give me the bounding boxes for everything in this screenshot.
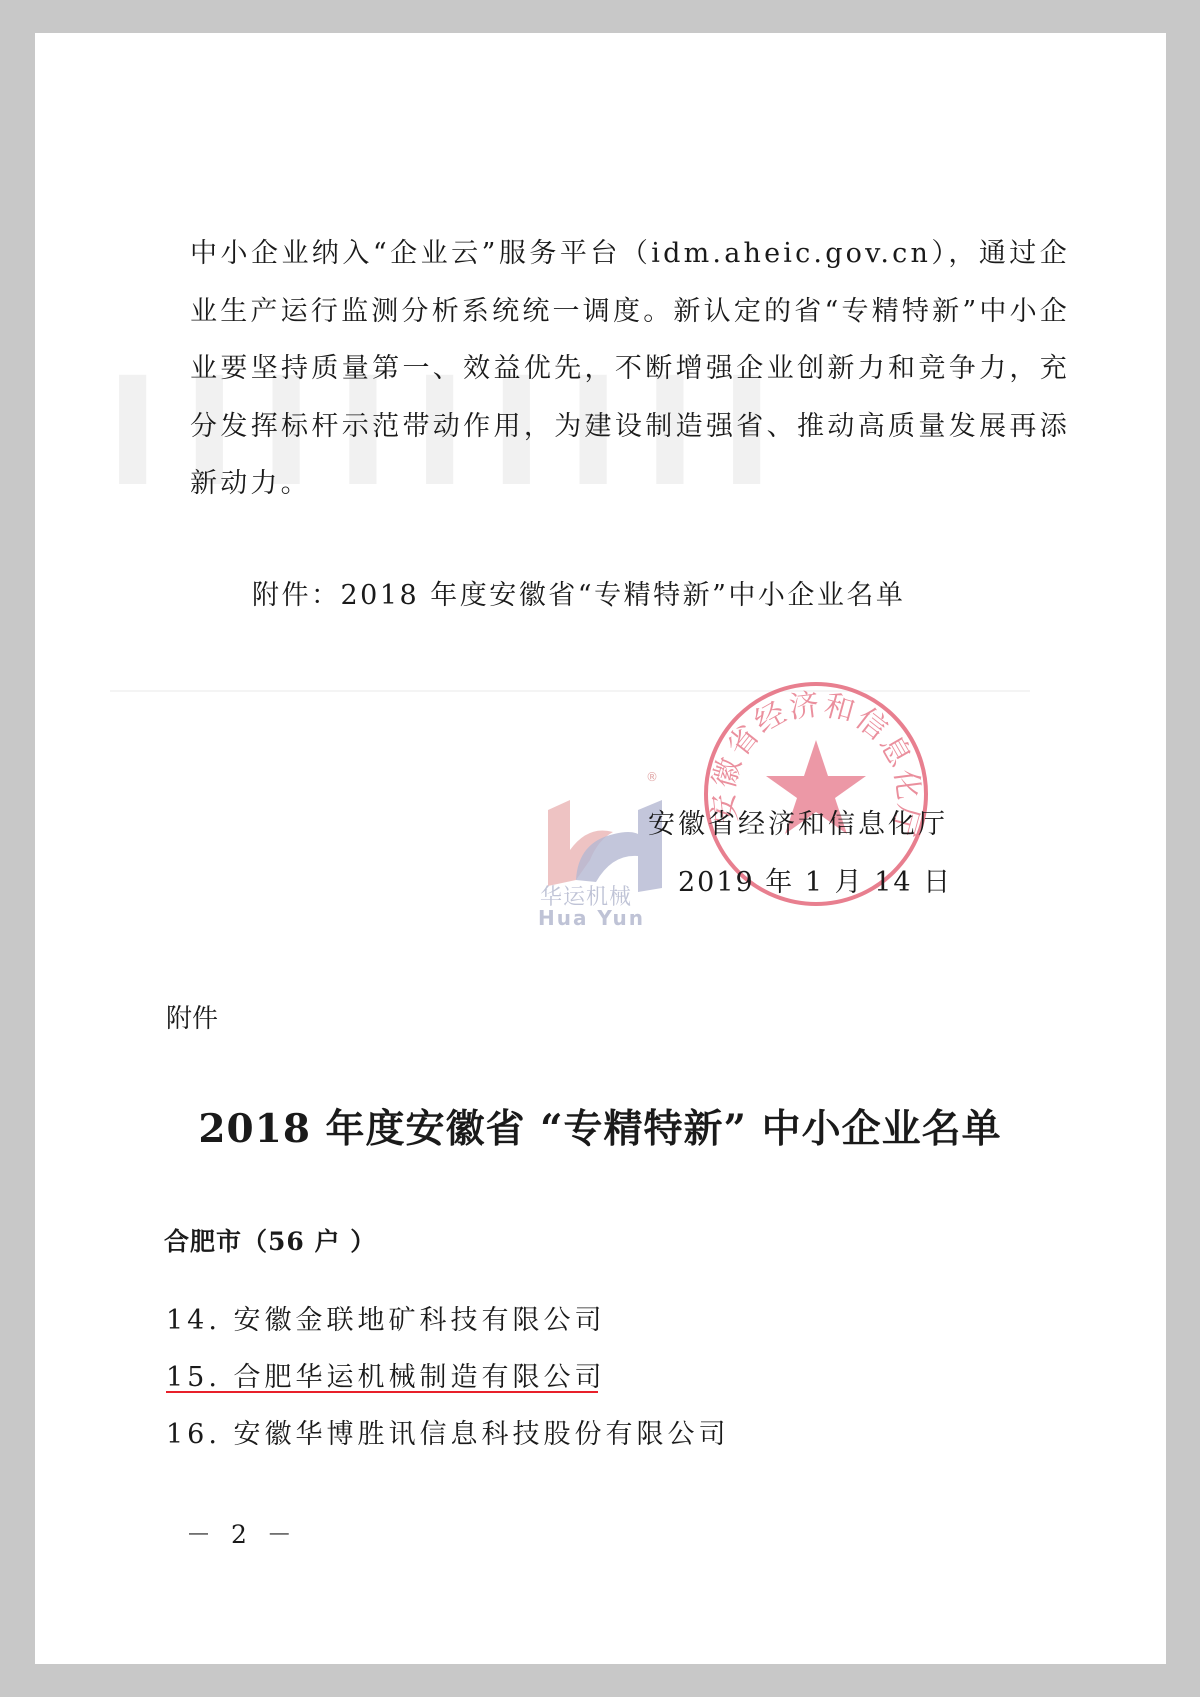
item-number: 16. — [166, 1419, 221, 1450]
item-name: 安徽华博胜讯信息科技股份有限公司 — [234, 1419, 730, 1450]
list-item-highlighted: 15. 合肥华运机械制造有限公司 — [166, 1355, 606, 1394]
annex-label: 附件 — [166, 998, 218, 1035]
item-name: 安徽金联地矿科技有限公司 — [234, 1305, 606, 1336]
item-number: 15. — [166, 1362, 221, 1393]
body-paragraph: 中小企业纳入“企业云”服务平台（idm.aheic.gov.cn），通过企业生产… — [190, 225, 1070, 513]
item-name: 合肥华运机械制造有限公司 — [234, 1362, 606, 1393]
annex-title: 2018 年度安徽省 “专精特新” 中小企业名单 — [0, 1098, 1200, 1154]
signature-organization: 安徽省经济和信息化厅 — [648, 802, 948, 841]
watermark-brand-en: Hua Yun — [538, 906, 645, 930]
signature-date: 2019 年 1 月 14 日 — [678, 860, 952, 899]
region-heading: 合肥市（56 户 ） — [164, 1222, 376, 1258]
list-item: 14. 安徽金联地矿科技有限公司 — [166, 1298, 606, 1337]
item-number: 14. — [166, 1305, 221, 1336]
list-item: 16. 安徽华博胜讯信息科技股份有限公司 — [166, 1412, 730, 1451]
attachment-reference: 附件：2018 年度安徽省“专精特新”中小企业名单 — [252, 573, 905, 612]
page-number: － 2 － — [186, 1515, 298, 1551]
registered-mark: ® — [646, 770, 658, 784]
highlight-underline — [166, 1391, 598, 1393]
